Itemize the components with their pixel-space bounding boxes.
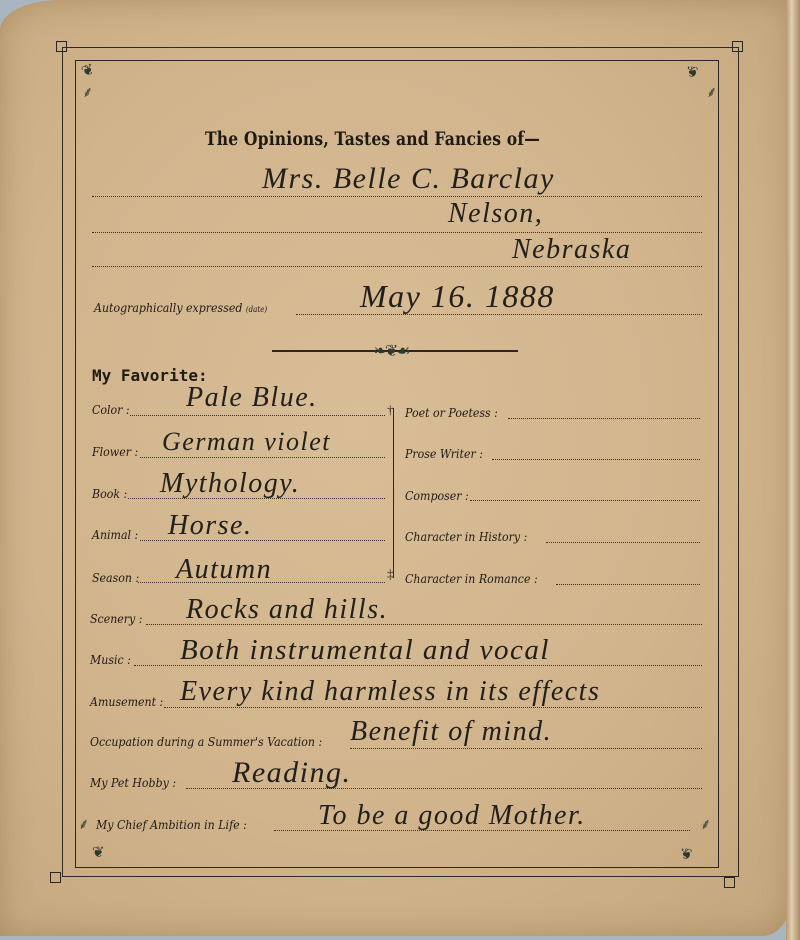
name-value: Mrs. Belle C. Barclay: [262, 162, 555, 196]
field-line-composer: [470, 500, 700, 501]
field-value-scenery: Rocks and hills.: [186, 594, 388, 626]
field-label-poet: Poet or Poetess :: [405, 405, 498, 420]
field-value-chief-ambition: To be a good Mother.: [318, 800, 586, 832]
state-value: Nebraska: [512, 234, 631, 266]
field-label-flower: Flower :: [92, 444, 138, 459]
field-line-prose-writer: [492, 459, 700, 460]
field-value-summer-occupation: Benefit of mind.: [350, 716, 552, 748]
column-divider: [393, 408, 394, 578]
corner-square-top-right: [732, 41, 743, 52]
page-title: The Opinions, Tastes and Fancies of—: [205, 128, 533, 150]
field-label-amusement: Amusement :: [90, 694, 163, 709]
field-label-book: Book :: [92, 486, 127, 501]
field-value-pet-hobby: Reading.: [232, 756, 351, 790]
leaf-sprig-icon: ⸙: [706, 86, 717, 101]
field-value-animal: Horse.: [168, 510, 252, 542]
field-value-music: Both instrumental and vocal: [180, 634, 550, 667]
date-label: Autographically expressed (date): [94, 300, 267, 315]
leaf-sprig-icon: ⸙: [78, 818, 89, 833]
field-line-character-history: [546, 542, 700, 543]
field-value-book: Mythology.: [160, 468, 300, 500]
field-label-animal: Animal :: [92, 527, 138, 542]
corner-square-bottom-right: [724, 877, 735, 888]
laurel-spray-icon: ❧❦☙: [341, 341, 441, 361]
field-label-prose-writer: Prose Writer :: [405, 446, 483, 461]
name-line-1: [92, 196, 702, 197]
field-line-flower: [140, 457, 385, 458]
corner-square-top-left: [56, 41, 67, 52]
field-label-scenery: Scenery :: [90, 611, 142, 626]
column-divider-cap-icon: ‡: [387, 566, 394, 582]
field-line-character-romance: [556, 584, 700, 585]
field-value-flower: German violet: [162, 427, 331, 457]
field-label-character-romance: Character in Romance :: [405, 571, 538, 586]
field-value-amusement: Every kind harmless in its effects: [180, 676, 600, 708]
corner-square-bottom-left: [50, 872, 61, 883]
field-label-music: Music :: [90, 652, 131, 667]
field-line-color: [130, 415, 385, 416]
field-line-summer-occupation: [350, 748, 702, 749]
field-label-character-history: Character in History :: [405, 529, 527, 544]
date-value: May 16. 1888: [360, 278, 555, 315]
leaf-sprig-icon: ⸙: [700, 818, 711, 833]
field-value-color: Pale Blue.: [186, 382, 318, 414]
field-value-season: Autumn: [176, 554, 272, 586]
field-label-pet-hobby: My Pet Hobby :: [90, 775, 176, 790]
leaf-sprig-icon: ❦: [680, 848, 693, 863]
leaf-sprig-icon: ⸙: [82, 86, 93, 101]
column-divider-cap-icon: †: [387, 402, 394, 418]
city-value: Nelson,: [448, 198, 543, 230]
leaf-sprig-icon: ❦: [686, 66, 699, 81]
field-label-chief-ambition: My Chief Ambition in Life :: [96, 817, 247, 832]
field-label-summer-occupation: Occupation during a Summer's Vacation :: [90, 734, 322, 749]
field-line-poet: [508, 418, 700, 419]
name-line-3: [92, 266, 702, 267]
page-edge: [786, 0, 800, 940]
name-line-2: [92, 232, 702, 233]
field-label-color: Color :: [92, 402, 130, 417]
leaf-sprig-icon: ❦: [92, 846, 105, 861]
field-label-season: Season :: [92, 570, 139, 585]
field-label-composer: Composer :: [405, 488, 469, 503]
